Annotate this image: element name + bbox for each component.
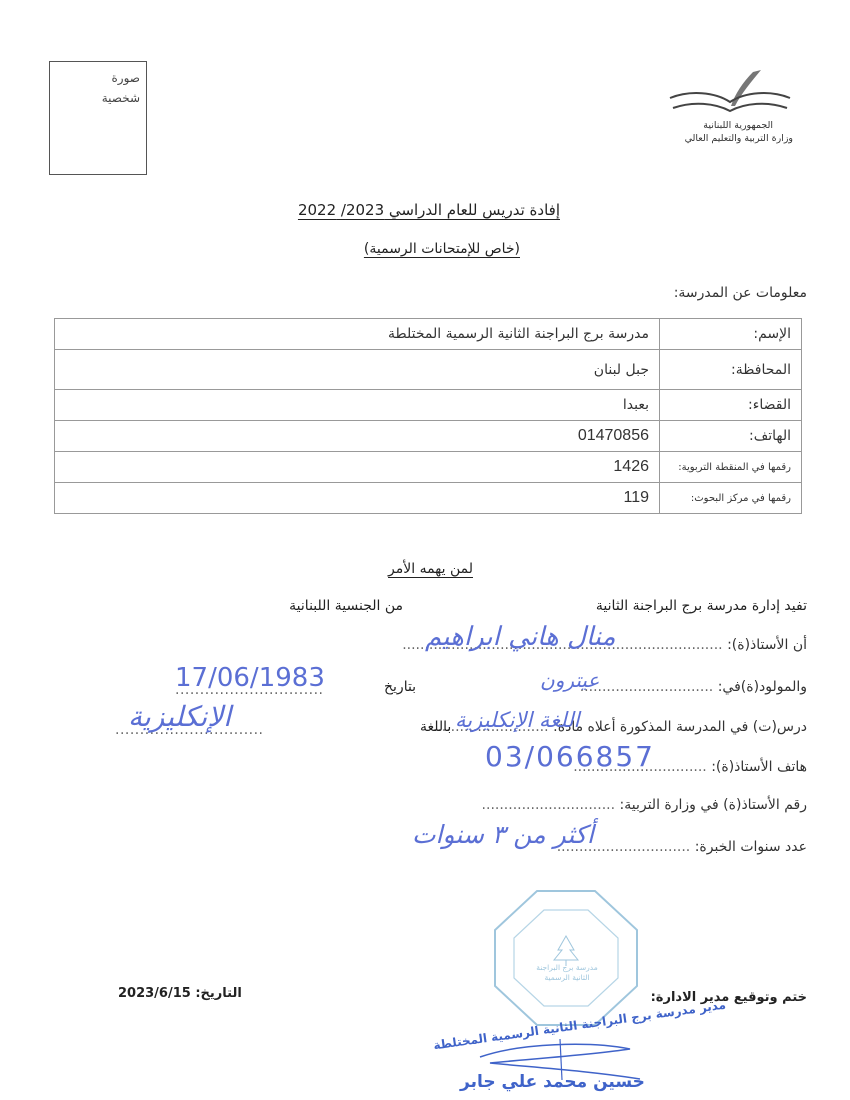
table-row: 01470856 الهاتف: bbox=[55, 421, 802, 452]
district-label: القضاء: bbox=[660, 390, 802, 421]
birthplace-field: والمولود(ة)في: .........................… bbox=[580, 679, 807, 695]
issue-date-label: التاريخ: bbox=[195, 986, 241, 1001]
stamp-inner-text: مدرسة برج البراجنة الثانية الرسمية bbox=[532, 963, 602, 983]
intro-text: تفيد إدارة مدرسة برج البراجنة الثانية bbox=[596, 598, 807, 614]
photo-label: صورة شخصية bbox=[102, 68, 140, 108]
school-info-table: مدرسة برج البراجنة الثانية الرسمية المخت… bbox=[54, 318, 802, 514]
language-handwritten: الإنكليزية bbox=[128, 700, 231, 733]
photo-placeholder-box: صورة شخصية bbox=[49, 61, 147, 175]
birthdate-handwritten: 17/06/1983 bbox=[175, 663, 325, 693]
nationality-text: من الجنسية اللبنانية bbox=[289, 598, 403, 614]
to-whom-heading: لمن يهمه الأمر bbox=[388, 561, 473, 577]
governorate-label: المحافظة: bbox=[660, 350, 802, 390]
table-row: بعبدا القضاء: bbox=[55, 390, 802, 421]
table-row: مدرسة برج البراجنة الثانية الرسمية المخت… bbox=[55, 319, 802, 350]
document-title: إفادة تدريس للعام الدراسي 2023/ 2022 bbox=[298, 201, 560, 219]
logo-ministry-text: وزارة التربية والتعليم العالي bbox=[685, 133, 793, 144]
birthdate-label: بتاريخ bbox=[384, 679, 416, 695]
issue-date: التاريخ: 2023/6/15 bbox=[118, 986, 242, 1001]
district-value: بعبدا bbox=[55, 390, 660, 421]
language-label: باللغة bbox=[420, 719, 451, 735]
school-info-heading: معلومات عن المدرسة: bbox=[674, 285, 807, 301]
ministry-number-field: رقم الأستاذ(ة) في وزارة التربية: .......… bbox=[482, 797, 807, 813]
teacher-name-handwritten: منال هاني ابراهيم bbox=[425, 622, 616, 652]
experience-years-field: عدد سنوات الخبرة: ......................… bbox=[557, 839, 807, 855]
subject-handwritten: اللغة الإنكليزية bbox=[455, 708, 579, 732]
experience-years-handwritten: أكثر من ٣ سنوات bbox=[412, 820, 594, 849]
phone-label: الهاتف: bbox=[660, 421, 802, 452]
birthplace-dots: .............................. bbox=[580, 679, 714, 695]
photo-label-line2: شخصية bbox=[102, 88, 140, 108]
birthplace-handwritten: عيترون bbox=[540, 668, 599, 692]
logo-republic-text: الجمهورية اللبنانية bbox=[703, 120, 773, 131]
table-row: 1426 رقمها في المنقطة التربوية: bbox=[55, 452, 802, 483]
table-row: جبل لبنان المحافظة: bbox=[55, 350, 802, 390]
research-center-number-label: رقمها في مركز البحوث: bbox=[660, 483, 802, 514]
ministry-number-label: رقم الأستاذ(ة) في وزارة التربية: bbox=[620, 797, 807, 813]
subject-label: درس(ت) في المدرسة المذكورة أعلاه مادة: bbox=[553, 719, 807, 735]
issue-date-value: 2023/6/15 bbox=[118, 986, 191, 1001]
official-stamp: مدرسة برج البراجنة الثانية الرسمية bbox=[492, 888, 640, 1028]
ministry-logo: الجمهورية اللبنانية وزارة التربية والتعل… bbox=[665, 68, 795, 148]
teacher-phone-handwritten: 03/066857 bbox=[485, 740, 655, 773]
research-center-number-value: 119 bbox=[55, 483, 660, 514]
phone-value: 01470856 bbox=[55, 421, 660, 452]
teacher-phone-label: هاتف الأستاذ(ة): bbox=[711, 759, 807, 775]
principal-name-stamp: حسين محمد علي جابر bbox=[460, 1072, 645, 1092]
signature-label: ختم وتوقيع مدير الادارة: bbox=[651, 990, 807, 1005]
birthplace-label: والمولود(ة)في: bbox=[718, 679, 807, 695]
teacher-label: أن الأستاذ(ة): bbox=[727, 637, 807, 653]
table-row: 119 رقمها في مركز البحوث: bbox=[55, 483, 802, 514]
governorate-value: جبل لبنان bbox=[55, 350, 660, 390]
educational-zone-number-value: 1426 bbox=[55, 452, 660, 483]
school-name-label: الإسم: bbox=[660, 319, 802, 350]
ministry-number-dots: .............................. bbox=[482, 797, 616, 813]
document-subtitle: (خاص للإمتحانات الرسمية) bbox=[364, 241, 520, 257]
educational-zone-number-label: رقمها في المنقطة التربوية: bbox=[660, 452, 802, 483]
photo-label-line1: صورة bbox=[102, 68, 140, 88]
school-name-value: مدرسة برج البراجنة الثانية الرسمية المخت… bbox=[55, 319, 660, 350]
experience-years-label: عدد سنوات الخبرة: bbox=[695, 839, 807, 855]
open-book-quill-icon bbox=[665, 68, 795, 120]
octagon-stamp-icon bbox=[492, 888, 640, 1028]
